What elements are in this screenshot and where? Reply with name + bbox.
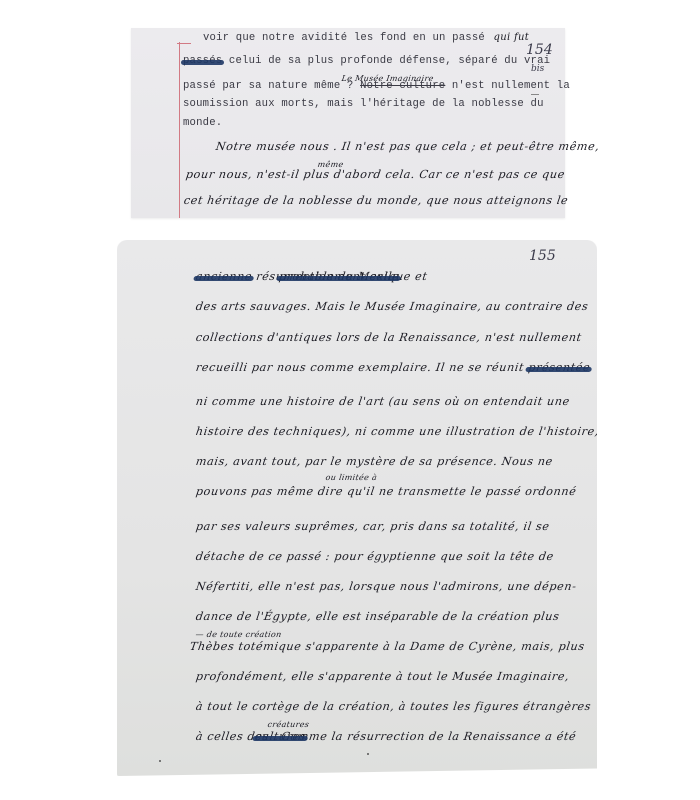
struck-word: Notre culture [360,80,445,92]
paper-speck [159,760,161,762]
manuscript-page-155: 155 ancienne résurrection du Mexique et … [117,240,597,776]
handwritten-line: à tout le cortège de la création, à tout… [195,700,592,713]
struck-word: présentée [527,361,591,374]
handwritten-line: détache de ce passé : pour égyptienne qu… [195,550,555,563]
handwritten-line: pouvons pas même dire qu'il ne transmett… [195,485,577,498]
page-number: 155 [529,248,556,264]
margin-dash [531,94,539,95]
paper-speck [367,753,369,755]
handwritten-line: dance de l'Égypte, elle est inséparable … [195,610,560,623]
handwritten-line: recueilli par nous comme exemplaire. Il … [195,361,591,374]
margin-rule-tick [177,43,191,44]
handwritten-line: histoire des techniques), ni comme une i… [195,425,600,438]
handwritten-insertion: qui fut [494,32,529,43]
handwritten-line: collections d'antiques lors de la Renais… [195,331,583,344]
handwritten-text: mais, avant tout, par le mystère de sa p… [195,455,554,468]
typed-text: celui de sa plus profonde défense, sépar… [229,55,550,67]
handwritten-line: profondément, elle s'apparente à tout le… [195,670,570,683]
handwritten-insertion: créatures [267,720,310,729]
handwritten-line: cet héritage de la noblesse du monde, qu… [183,194,569,207]
handwritten-text: recueilli par nous comme exemplaire. Il … [195,361,525,374]
handwritten-line: Notre musée nous . Il n'est pas que cela… [215,140,600,153]
handwritten-line: pour nous, n'est-il plus d'abord cela. C… [185,168,566,181]
struck-word: cultures [254,730,307,743]
handwritten-line: mais, avant tout, par le mystère de sa p… [195,455,554,468]
typed-line-3: passé par sa nature même ? Notre culture… [183,80,570,92]
handwritten-line: par ses valeurs suprêmes, car, pris dans… [195,520,551,533]
struck-phrase: cultures [254,730,307,743]
handwritten-line: Néfertiti, elle n'est pas, lorsque nous … [195,580,577,593]
typed-text: n'est nullement la [452,80,570,92]
typed-text: voir que notre avidité les fond en un pa… [203,32,485,44]
handwritten-line: Thèbes totémique s'apparente à la Dame d… [189,640,586,653]
typed-text: passé par sa nature même ? [183,80,354,92]
typed-line-1: voir que notre avidité les fond en un pa… [203,32,527,44]
struck-word: probablement celle [278,270,400,283]
typed-line-4: soumission aux morts, mais l'héritage de… [183,98,544,110]
handwritten-insertion: ou limitée à [325,473,378,482]
typed-line-2: passés celui de sa plus profonde défense… [183,55,550,67]
handwritten-line: ni comme une histoire de l'art (au sens … [195,395,571,408]
margin-rule [179,42,180,218]
typed-line-5: monde. [183,117,222,129]
manuscript-page-154: 154 bis voir que notre avidité les fond … [131,28,565,218]
struck-word: ancienne [195,270,253,283]
struck-word: passés [183,55,222,67]
handwritten-insertion: — de toute création [195,630,282,639]
handwritten-line: des arts sauvages. Mais le Musée Imagina… [195,300,589,313]
struck-phrase: probablement celle [279,270,390,276]
